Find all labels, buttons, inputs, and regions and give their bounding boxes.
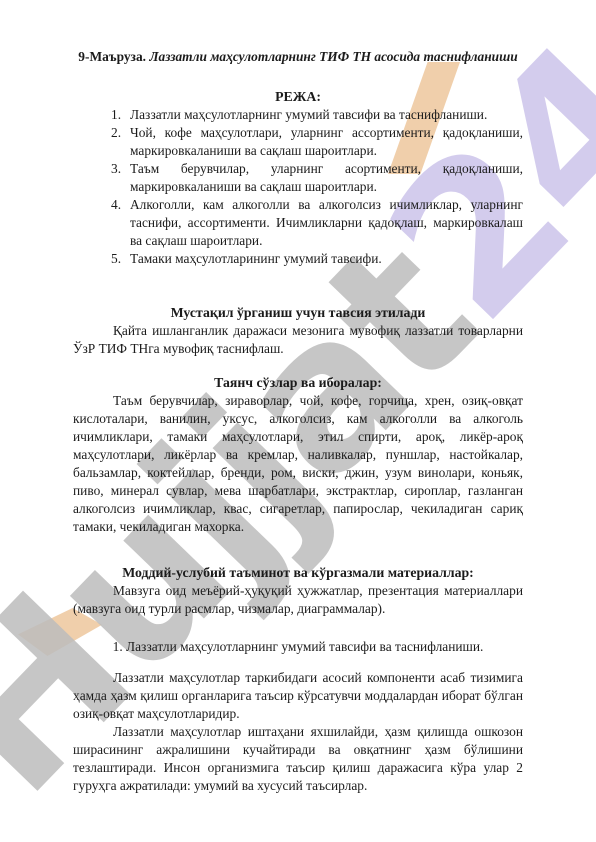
plan-item: Лаззатли маҳсулотларнинг умумий тавсифи … (130, 106, 523, 124)
self-study-heading: Мустақил ўрганиш учун тавсия этилади (73, 304, 523, 322)
materials-heading: Моддий-услубий таъминот ва кўргазмали ма… (73, 564, 523, 582)
materials-text: Мавзуга оид меъёрий-ҳуқуқий ҳужжатлар, п… (73, 582, 523, 618)
section1-paragraph-1: Лаззатли маҳсулотлар таркибидаги асосий … (73, 669, 523, 723)
plan-heading: РЕЖА: (73, 88, 523, 106)
document-content: 9-Маъруза. Лаззатли маҳсулотларнинг ТИФ … (0, 0, 596, 842)
section1-paragraph-2: Лаззатли маҳсулотлар иштаҳани яхшилайди,… (73, 723, 523, 795)
document-page: Hujjat24 9-Маъруза. Лаззатли маҳсулотлар… (0, 0, 596, 842)
plan-list: Лаззатли маҳсулотларнинг умумий тавсифи … (73, 106, 523, 268)
lecture-title: 9-Маъруза. Лаззатли маҳсулотларнинг ТИФ … (73, 48, 523, 66)
plan-item: Алкоголли, кам алкоголли ва алкоголсиз и… (130, 196, 523, 250)
lecture-title-text: Лаззатли маҳсулотларнинг ТИФ ТН асосида … (146, 49, 518, 64)
plan-item: Чой, кофе маҳсулотлари, уларнинг ассорти… (130, 124, 523, 160)
plan-item: Тамаки маҳсулотларининг умумий тавсифи. (130, 250, 523, 268)
section1-heading: 1. Лаззатли маҳсулотларнинг умумий тавси… (73, 638, 523, 656)
keywords-text: Таъм берувчилар, зираворлар, чой, кофе, … (73, 392, 523, 536)
lecture-title-number: 9-Маъруза. (78, 49, 146, 64)
keywords-heading: Таянч сўзлар ва иборалар: (73, 374, 523, 392)
self-study-text: Қайта ишланганлик даражаси мезонига муво… (73, 322, 523, 358)
plan-item: Таъм берувчилар, уларнинг асортименти, қ… (130, 160, 523, 196)
